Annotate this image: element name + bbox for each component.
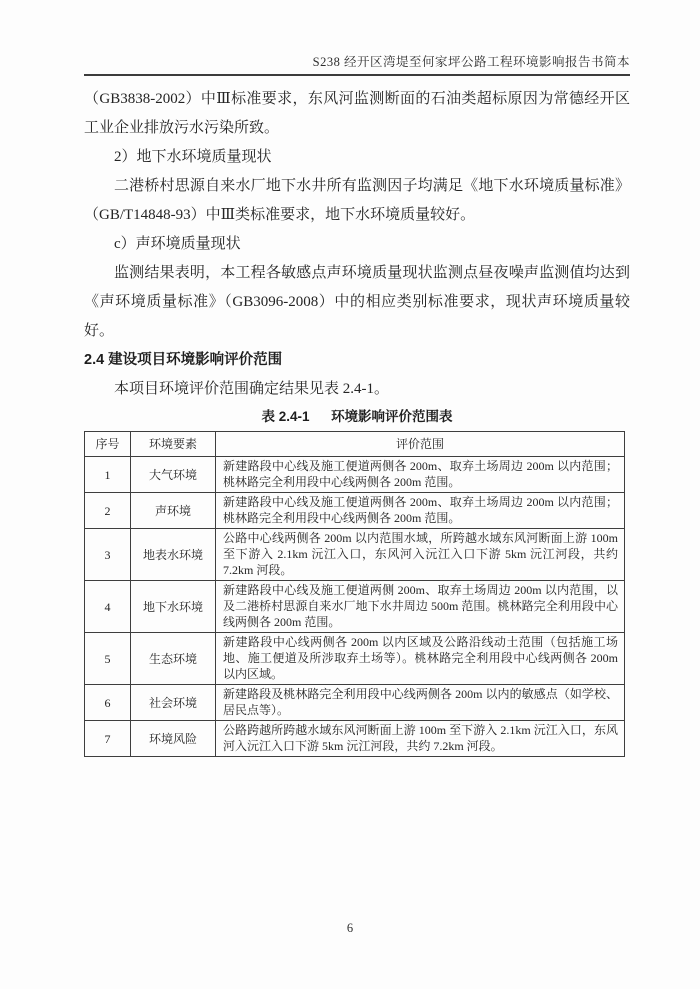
table-row: 1 大气环境 新建路段中心线及施工便道两侧各 200m、取弃土场周边 200m …: [85, 457, 625, 493]
column-header-factor: 环境要素: [131, 432, 216, 457]
paragraph-acoustic-result: 监测结果表明，本工程各敏感点声环境质量现状监测点昼夜噪声监测值均达到《声环境质量…: [84, 259, 630, 346]
table-row: 4 地下水环境 新建路段中心线及施工便道两侧 200m、取弃土场周边 200m …: [85, 581, 625, 633]
column-header-index: 序号: [85, 432, 131, 457]
cell-index: 5: [85, 633, 131, 685]
cell-index: 1: [85, 457, 131, 493]
table-row: 6 社会环境 新建路段及桃林路完全利用段中心线两侧各 200m 以内的敏感点（如…: [85, 685, 625, 721]
cell-factor: 大气环境: [131, 457, 216, 493]
document-page: S238 经开区湾堤至何家坪公路工程环境影响报告书简本 （GB3838-2002…: [0, 0, 700, 989]
table-row: 7 环境风险 公路跨越所跨越水域东风河断面上游 100m 至下游入 2.1km …: [85, 721, 625, 757]
cell-factor: 生态环境: [131, 633, 216, 685]
page-number: 6: [0, 921, 700, 936]
subheading-acoustic-status: c）声环境质量现状: [84, 230, 630, 259]
cell-index: 6: [85, 685, 131, 721]
column-header-scope: 评价范围: [216, 432, 625, 457]
table-header-row: 序号 环境要素 评价范围: [85, 432, 625, 457]
header-rule: [84, 74, 630, 76]
cell-factor: 地表水环境: [131, 529, 216, 581]
cell-scope: 公路中心线两侧各 200m 以内范围水域，所跨越水域东风河断面上游 100m 至…: [216, 529, 625, 581]
cell-factor: 声环境: [131, 493, 216, 529]
paragraph-groundwater-result: 二港桥村思源自来水厂地下水井所有监测因子均满足《地下水环境质量标准》（GB/T1…: [84, 172, 630, 230]
cell-factor: 地下水环境: [131, 581, 216, 633]
cell-factor: 环境风险: [131, 721, 216, 757]
evaluation-scope-table: 序号 环境要素 评价范围 1 大气环境 新建路段中心线及施工便道两侧各 200m…: [84, 431, 625, 757]
table-caption: 表 2.4-1环境影响评价范围表: [84, 406, 630, 428]
cell-scope: 新建路段中心线及施工便道两侧各 200m、取弃土场周边 200m 以内范围；桃林…: [216, 457, 625, 493]
cell-factor: 社会环境: [131, 685, 216, 721]
document-title: S238 经开区湾堤至何家坪公路工程环境影响报告书简本: [84, 54, 630, 70]
paragraph-groundwater-standard: （GB3838-2002）中Ⅲ标准要求，东风河监测断面的石油类超标原因为常德经开…: [84, 85, 630, 143]
cell-scope: 新建路段中心线两侧各 200m 以内区域及公路沿线动土范围（包括施工场地、施工便…: [216, 633, 625, 685]
table-row: 3 地表水环境 公路中心线两侧各 200m 以内范围水域，所跨越水域东风河断面上…: [85, 529, 625, 581]
cell-index: 2: [85, 493, 131, 529]
running-header: S238 经开区湾堤至何家坪公路工程环境影响报告书简本: [84, 0, 630, 76]
body-text: （GB3838-2002）中Ⅲ标准要求，东风河监测断面的石油类超标原因为常德经开…: [84, 85, 630, 757]
cell-scope: 新建路段中心线及施工便道两侧 200m、取弃土场周边 200m 以内范围，以及二…: [216, 581, 625, 633]
table-caption-title: 环境影响评价范围表: [331, 409, 453, 424]
cell-scope: 新建路段中心线及施工便道两侧各 200m、取弃土场周边 200m 以内范围；桃林…: [216, 493, 625, 529]
paragraph-scope-intro: 本项目环境评价范围确定结果见表 2.4-1。: [84, 375, 630, 404]
cell-index: 7: [85, 721, 131, 757]
cell-index: 4: [85, 581, 131, 633]
table-caption-number: 表 2.4-1: [261, 409, 309, 424]
cell-index: 3: [85, 529, 131, 581]
cell-scope: 新建路段及桃林路完全利用段中心线两侧各 200m 以内的敏感点（如学校、居民点等…: [216, 685, 625, 721]
table-row: 2 声环境 新建路段中心线及施工便道两侧各 200m、取弃土场周边 200m 以…: [85, 493, 625, 529]
subheading-groundwater-status: 2）地下水环境质量现状: [84, 143, 630, 172]
section-heading-2-4: 2.4 建设项目环境影响评价范围: [84, 346, 630, 375]
page-content: S238 经开区湾堤至何家坪公路工程环境影响报告书简本 （GB3838-2002…: [84, 0, 630, 757]
cell-scope: 公路跨越所跨越水域东风河断面上游 100m 至下游入 2.1km 沅江入口，东风…: [216, 721, 625, 757]
table-row: 5 生态环境 新建路段中心线两侧各 200m 以内区域及公路沿线动土范围（包括施…: [85, 633, 625, 685]
